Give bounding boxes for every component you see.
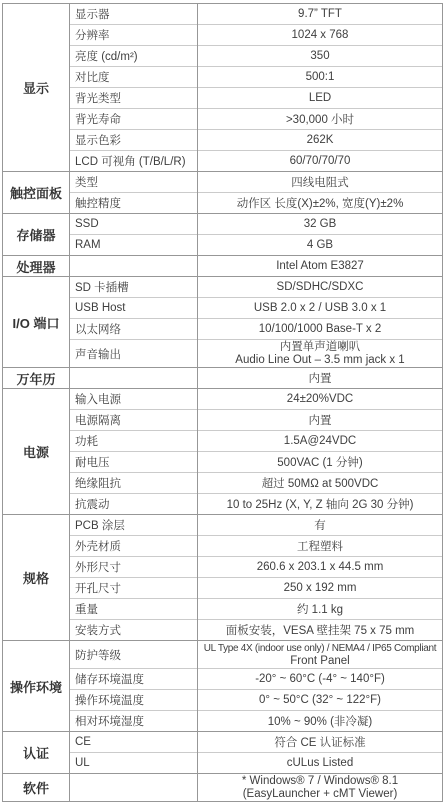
spec-label-cell: 安装方式 [70, 620, 198, 641]
spec-label-cell [70, 256, 198, 277]
spec-value-cell: 9.7” TFT [198, 4, 443, 25]
spec-label-cell: 抗震动 [70, 494, 198, 515]
spec-label-cell: 重量 [70, 599, 198, 620]
spec-sheet: 显示显示器9.7” TFT分辨率1024 x 768亮度 (cd/m²)350对… [2, 3, 442, 800]
spec-value-cell: 动作区 长度(X)±2%, 宽度(Y)±2% [198, 193, 443, 214]
spec-value-cell: 0° ~ 50°C (32° ~ 122°F) [198, 690, 443, 711]
spec-value-cell: 60/70/70/70 [198, 151, 443, 172]
spec-value-cell: * Windows® 7 / Windows® 8.1(EasyLauncher… [198, 774, 443, 801]
spec-label-cell: SD 卡插槽 [70, 277, 198, 298]
spec-label-cell: 触控精度 [70, 193, 198, 214]
table-row: 认证CE符合 CE 认证标准 [3, 732, 443, 753]
spec-value-cell: 350 [198, 46, 443, 67]
spec-value-cell: 1024 x 768 [198, 25, 443, 46]
spec-value-cell: 32 GB [198, 214, 443, 235]
category-cell: 电源 [3, 389, 70, 515]
spec-label-cell: UL [70, 753, 198, 774]
spec-label-cell: 背光寿命 [70, 109, 198, 130]
table-row: 规格PCB 涂层有 [3, 515, 443, 536]
spec-label-cell: 耐电压 [70, 452, 198, 473]
spec-label-cell: 声音输出 [70, 340, 198, 368]
spec-value-cell: 约 1.1 kg [198, 599, 443, 620]
spec-label-cell: 相对环境湿度 [70, 711, 198, 732]
spec-value-line-2: Front Panel [202, 655, 438, 668]
spec-label-cell: 电源隔离 [70, 410, 198, 431]
spec-value-cell: 内置 [198, 368, 443, 389]
category-cell: 显示 [3, 4, 70, 172]
table-row: 触控面板类型四线电阻式 [3, 172, 443, 193]
category-cell: 认证 [3, 732, 70, 774]
spec-label-cell: 储存环境温度 [70, 669, 198, 690]
spec-label-cell: 对比度 [70, 67, 198, 88]
spec-value-cell: cULus Listed [198, 753, 443, 774]
category-cell: I/O 端口 [3, 277, 70, 368]
spec-label-cell: 功耗 [70, 431, 198, 452]
spec-label-cell: SSD [70, 214, 198, 235]
spec-label-cell: 开孔尺寸 [70, 578, 198, 599]
table-row: 处理器Intel Atom E3827 [3, 256, 443, 277]
spec-label-cell: 背光类型 [70, 88, 198, 109]
spec-label-cell [70, 368, 198, 389]
spec-label-cell: 以太网络 [70, 319, 198, 340]
spec-value-cell: 超过 50MΩ at 500VDC [198, 473, 443, 494]
spec-value-cell: 有 [198, 515, 443, 536]
spec-value-line-2: Audio Line Out – 3.5 mm jack x 1 [202, 354, 438, 367]
category-cell: 万年历 [3, 368, 70, 389]
spec-label-cell: LCD 可视角 (T/B/L/R) [70, 151, 198, 172]
spec-value-line-1: * Windows® 7 / Windows® 8.1 [202, 775, 438, 788]
spec-value-cell: >30,000 小时 [198, 109, 443, 130]
spec-value-line-1: 内置单声道喇叭 [202, 341, 438, 354]
category-cell: 规格 [3, 515, 70, 641]
spec-label-cell: 外形尺寸 [70, 557, 198, 578]
spec-value-cell: 4 GB [198, 235, 443, 256]
spec-label-cell [70, 774, 198, 801]
spec-value-cell: UL Type 4X (indoor use only) / NEMA4 / I… [198, 641, 443, 669]
spec-value-cell: 内置单声道喇叭Audio Line Out – 3.5 mm jack x 1 [198, 340, 443, 368]
spec-value-cell: 面板安装，VESA 壁挂架 75 x 75 mm [198, 620, 443, 641]
spec-value-cell: Intel Atom E3827 [198, 256, 443, 277]
spec-label-cell: 防护等级 [70, 641, 198, 669]
spec-value-line-1: UL Type 4X (indoor use only) / NEMA4 / I… [202, 642, 438, 655]
spec-label-cell: 分辨率 [70, 25, 198, 46]
spec-value-cell: 工程塑料 [198, 536, 443, 557]
table-row: 电源输入电源24±20%VDC [3, 389, 443, 410]
spec-value-cell: 符合 CE 认证标准 [198, 732, 443, 753]
spec-value-cell: 24±20%VDC [198, 389, 443, 410]
spec-value-cell: 250 x 192 mm [198, 578, 443, 599]
spec-value-cell: 262K [198, 130, 443, 151]
spec-value-cell: SD/SDHC/SDXC [198, 277, 443, 298]
table-row: 操作环境防护等级UL Type 4X (indoor use only) / N… [3, 641, 443, 669]
spec-label-cell: 操作环境温度 [70, 690, 198, 711]
spec-value-cell: USB 2.0 x 2 / USB 3.0 x 1 [198, 298, 443, 319]
spec-value-cell: 500:1 [198, 67, 443, 88]
spec-label-cell: 输入电源 [70, 389, 198, 410]
category-cell: 操作环境 [3, 641, 70, 732]
spec-label-cell: CE [70, 732, 198, 753]
spec-value-cell: 内置 [198, 410, 443, 431]
spec-value-cell: 10% ~ 90% (非冷凝) [198, 711, 443, 732]
table-row: 显示显示器9.7” TFT [3, 4, 443, 25]
table-row: I/O 端口SD 卡插槽SD/SDHC/SDXC [3, 277, 443, 298]
spec-value-cell: 四线电阻式 [198, 172, 443, 193]
category-cell: 存储器 [3, 214, 70, 256]
category-cell: 处理器 [3, 256, 70, 277]
spec-label-cell: RAM [70, 235, 198, 256]
category-cell: 软件 [3, 774, 70, 801]
spec-value-cell: 260.6 x 203.1 x 44.5 mm [198, 557, 443, 578]
spec-value-cell: 10 to 25Hz (X, Y, Z 轴向 2G 30 分钟) [198, 494, 443, 515]
spec-label-cell: 显示器 [70, 4, 198, 25]
spec-value-cell: 10/100/1000 Base-T x 2 [198, 319, 443, 340]
spec-label-cell: PCB 涂层 [70, 515, 198, 536]
spec-value-cell: 500VAC (1 分钟) [198, 452, 443, 473]
table-row: 万年历内置 [3, 368, 443, 389]
spec-label-cell: 绝缘阻抗 [70, 473, 198, 494]
spec-label-cell: 显示色彩 [70, 130, 198, 151]
spec-value-cell: -20° ~ 60°C (-4° ~ 140°F) [198, 669, 443, 690]
table-row: 存储器SSD32 GB [3, 214, 443, 235]
spec-value-line-2: (EasyLauncher + cMT Viewer) [202, 788, 438, 801]
spec-value-cell: LED [198, 88, 443, 109]
spec-table: 显示显示器9.7” TFT分辨率1024 x 768亮度 (cd/m²)350对… [2, 3, 443, 800]
spec-label-cell: 外壳材质 [70, 536, 198, 557]
spec-value-cell: 1.5A@24VDC [198, 431, 443, 452]
category-cell: 触控面板 [3, 172, 70, 214]
table-row: 软件* Windows® 7 / Windows® 8.1(EasyLaunch… [3, 774, 443, 801]
spec-label-cell: 类型 [70, 172, 198, 193]
spec-label-cell: 亮度 (cd/m²) [70, 46, 198, 67]
spec-label-cell: USB Host [70, 298, 198, 319]
